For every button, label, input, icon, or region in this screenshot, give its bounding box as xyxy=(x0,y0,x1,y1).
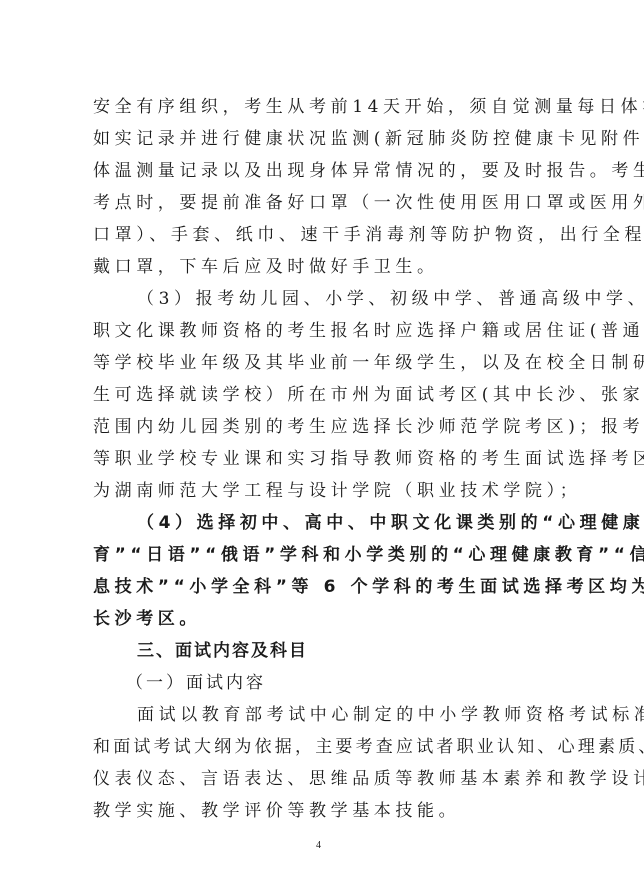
text-line: 职文化课教师资格的考生报名时应选择户籍或居住证(普通高 xyxy=(93,320,563,342)
section-heading: 三、面试内容及科目 xyxy=(137,640,607,662)
text-line: 和面试考试大纲为依据，主要考查应试者职业认知、心理素质、 xyxy=(93,736,563,758)
text-line: 如实记录并进行健康状况监测(新冠肺炎防控健康卡见附件)， xyxy=(93,128,563,150)
bold-text-line: 育”“日语”“俄语”学科和小学类别的“心理健康教育”“信 xyxy=(93,544,563,566)
bold-text-line: 息技术”“小学全科”等 6 个学科的考生面试选择考区均为 xyxy=(93,576,563,598)
text-line: 考点时，要提前准备好口罩（一次性使用医用口罩或医用外科 xyxy=(93,192,563,214)
text-line: 体温测量记录以及出现身体异常情况的，要及时报告。考生赴 xyxy=(93,160,563,182)
text-line: 面试以教育部考试中心制定的中小学教师资格考试标准 xyxy=(137,704,607,726)
text-line: 等职业学校专业课和实习指导教师资格的考生面试选择考区 xyxy=(93,448,563,470)
text-line: 教学实施、教学评价等教学基本技能。 xyxy=(93,800,563,822)
text-line: 等学校毕业年级及其毕业前一年级学生，以及在校全日制研究 xyxy=(93,352,563,374)
text-line: （3）报考幼儿园、小学、初级中学、普通高级中学、中 xyxy=(137,288,607,310)
text-line: 生可选择就读学校）所在市州为面试考区(其中长沙、张家界 xyxy=(93,384,563,406)
document-page: 安全有序组织，考生从考前14天开始，须自觉测量每日体温、 如实记录并进行健康状况… xyxy=(0,0,644,884)
bold-text-line: （4）选择初中、高中、中职文化课类别的“心理健康教 xyxy=(137,512,607,534)
sub-heading: （一）面试内容 xyxy=(126,672,596,694)
text-line: 为湖南师范大学工程与设计学院（职业技术学院）； xyxy=(93,480,563,502)
page-number: 4 xyxy=(316,840,321,851)
text-line: 仪表仪态、言语表达、思维品质等教师基本素养和教学设计、 xyxy=(93,768,563,790)
text-line: 戴口罩，下车后应及时做好手卫生。 xyxy=(93,256,563,278)
text-line: 范围内幼儿园类别的考生应选择长沙师范学院考区)；报考中 xyxy=(93,416,563,438)
text-line: 安全有序组织，考生从考前14天开始，须自觉测量每日体温、 xyxy=(93,96,563,118)
text-line: 口罩）、手套、纸巾、速干手消毒剂等防护物资，出行全程佩 xyxy=(93,224,563,246)
bold-text-line: 长沙考区。 xyxy=(93,608,563,630)
